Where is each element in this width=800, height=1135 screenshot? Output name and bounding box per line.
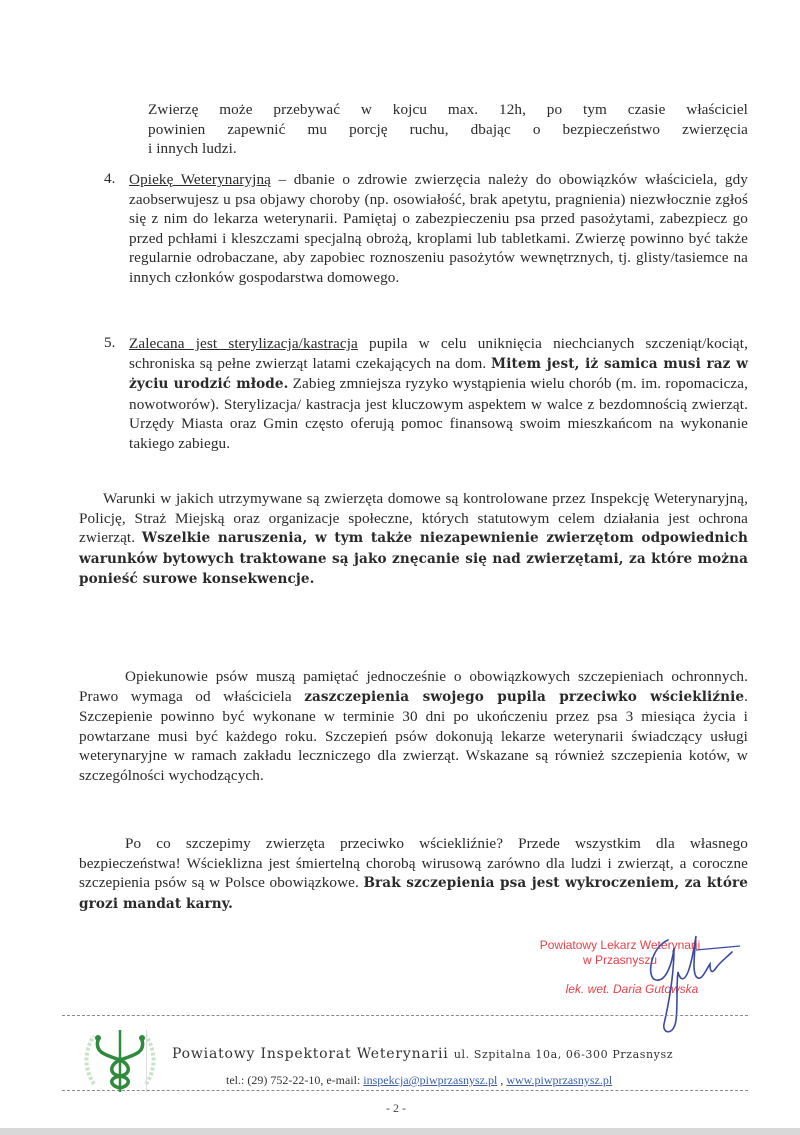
rabies-paragraph: Po co szczepimy zwierzęta przeciwko wści… — [79, 834, 748, 914]
list-item-veterinary-care: Opiekę Weterynaryjną – dbanie o zdrowie … — [129, 170, 748, 288]
footer-bottom-divider — [62, 1090, 748, 1091]
underlined-lead: Zalecana jest sterylizacja/kastracja — [129, 335, 358, 352]
caduceus-logo-icon — [80, 1024, 160, 1096]
website-link[interactable]: www.piwprzasnysz.pl — [506, 1073, 612, 1087]
phone-and-email-label: tel.: (29) 752-22-10, e-mail: — [226, 1073, 363, 1087]
list-item-number: 5. — [104, 334, 115, 352]
underlined-lead: Opiekę Weterynaryjną — [129, 171, 271, 188]
continuation-paragraph: Zwierzę może przebywać w kojcu max. 12h,… — [148, 100, 748, 159]
list-item-sterilization: Zalecana jest sterylizacja/kastracja pup… — [129, 334, 748, 454]
page-number: - 2 - — [386, 1101, 406, 1116]
footer-organization: Powiatowy Inspektorat Weterynarii ul. Sz… — [172, 1046, 673, 1062]
bold-warning: Wszelkie naruszenia, w tym także niezape… — [79, 530, 748, 587]
logo-divider — [146, 1030, 147, 1092]
bold-rabies-requirement: zaszczepienia swojego pupila przeciwko w… — [304, 689, 744, 705]
conditions-paragraph: Warunki w jakich utrzymywane są zwierzęt… — [79, 489, 748, 590]
scan-edge — [0, 1128, 800, 1135]
separator: , — [497, 1073, 506, 1087]
list-item-text: – dbanie o zdrowie zwierzęcia należy do … — [129, 171, 748, 286]
org-address: ul. Szpitalna 10a, 06-300 Przasnysz — [454, 1048, 673, 1061]
org-name: Powiatowy Inspektorat Weterynarii — [172, 1046, 449, 1062]
paragraph-line: Zwierzę może przebywać w kojcu max. 12h,… — [148, 100, 748, 120]
paragraph-line: powinien zapewnić mu porcję ruchu, dbają… — [148, 120, 748, 140]
paragraph-line: i innych ludzi. — [148, 139, 748, 159]
footer-contact: tel.: (29) 752-22-10, e-mail: inspekcja@… — [226, 1073, 612, 1088]
handwritten-signature-icon — [640, 928, 750, 1038]
email-link[interactable]: inspekcja@piwprzasnysz.pl — [363, 1073, 497, 1087]
list-item-number: 4. — [104, 170, 115, 188]
vaccination-paragraph: Opiekunowie psów muszą pamiętać jednocze… — [79, 667, 748, 786]
document-page: Zwierzę może przebywać w kojcu max. 12h,… — [0, 0, 800, 1135]
footer-top-divider — [62, 1015, 748, 1016]
